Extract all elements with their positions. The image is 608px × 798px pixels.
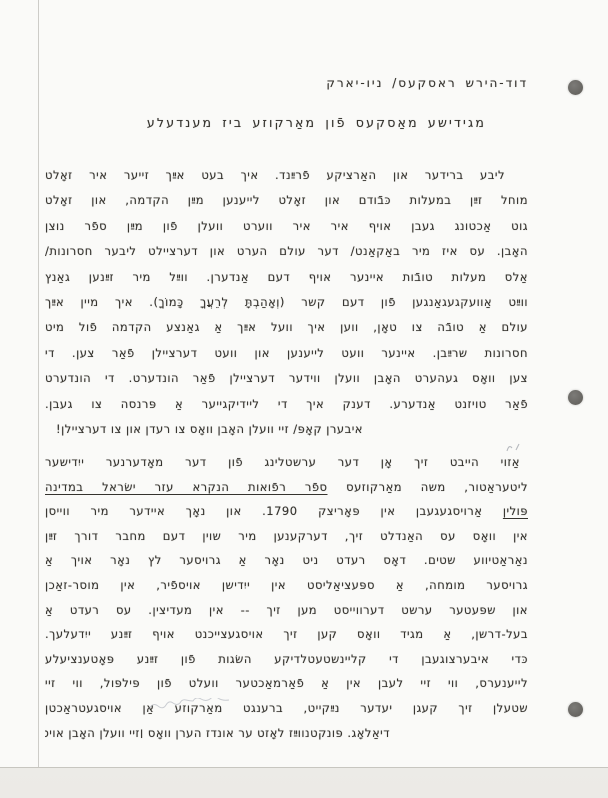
line-text: עולם אַ טובֿה צו טאָן, ווען איך וועל אײַ… (45, 320, 528, 334)
text-line: ליטעראַטור, משה מאַרקוזעס ספֿר רפֿואות ה… (45, 475, 528, 500)
line-text: לייענערס, ווי זיי לעבן אין אַ פֿאַרמאַכט… (45, 676, 528, 690)
line-text: אַלס מעלות טובֿות איינער אויף דעם אַנדער… (45, 270, 528, 284)
page-left-edge (38, 0, 39, 798)
text-line: פֿאַר טויזנט אַנדערע. דענק איך די ליידיק… (45, 392, 528, 417)
line-text: נאַראַטיווע שטים. דאָס רעדט ניט נאָר אַ … (45, 553, 528, 567)
text-line: האָבן. עס איז מיר באַקאַנט/ דער עולם הער… (45, 239, 528, 264)
line-text: דיאַלאָג. פּונקטנווײַז לאָזט ער אונדז הע… (45, 726, 390, 740)
line-text: פֿאַר טויזנט אַנדערע. דענק איך די ליידיק… (45, 397, 528, 411)
line-text: אין וואָס עס האַנדלט זיך, דערקענען מיר ש… (45, 529, 528, 543)
text-line: דיאַלאָג. פּונקטנווײַז לאָזט ער אונדז הע… (45, 721, 528, 746)
author-byline: דוד-הירש ראסקעס/ ניו-יארק (45, 76, 528, 90)
text-line: לייענערס, ווי זיי לעבן אין אַ פֿאַרמאַכט… (45, 671, 528, 696)
underlined-book-title: פּולין (503, 504, 528, 518)
text-line: שטעלן זיך קעגן יעדער נײַקייט, ברענגט מאַ… (45, 696, 528, 721)
text-line: ווײַט אַוועקגעגאַנגען פֿון דעם קשר (וְאָ… (45, 290, 528, 315)
text-line: און שפּעטער ערשט דערווייסט מען זיך -- אי… (45, 598, 528, 623)
text-line: אַזוי הייבט זיך אָן דער ערשטלינג פֿון דע… (45, 450, 528, 475)
text-line: כּדי איבערצוגעבן די קליינשטעטלדיקע השׂגו… (45, 647, 528, 672)
text-line: גוט אַכטונג געבן אויף איר איר ווערט וועל… (45, 214, 528, 239)
text-line: ליבע ברידער און האַרציקע פֿרײַנד. איך בע… (45, 163, 528, 188)
text-line: חסרונות שרײַבן. איינער וועט לייענען און … (45, 341, 528, 366)
text-line: איבערן קאָפּ/ זיי וועלן האָבן וואָס צו ר… (45, 417, 528, 442)
line-text: ליבע ברידער און האַרציקע פֿרײַנד. איך בע… (45, 168, 505, 182)
line-text: גרויסער מומחה, אַ ספּעציאַליסט אין ייִדי… (45, 578, 528, 592)
line-text: האָבן. עס איז מיר באַקאַנט/ דער עולם הער… (45, 244, 528, 258)
line-text: ליטעראַטור, משה מאַרקוזעס (328, 480, 529, 494)
scanned-typescript-page: דוד-הירש ראסקעס/ ניו-יארק מגידישע מאַסקע… (0, 0, 608, 798)
text-line: מוחל זײַן במעלות כּבֿודם און זאָלט לייענ… (45, 188, 528, 213)
line-text: צען וואָס געהערט האָבן וועלן ווידער דערצ… (45, 371, 528, 385)
line-text: אַרויסגעגעבן אין פּאָריצק 1790. און נאָך… (45, 504, 503, 518)
commentary-paragraph: אַזוי הייבט זיך אָן דער ערשטלינג פֿון דע… (45, 450, 528, 745)
line-text: אַזוי הייבט זיך אָן דער ערשטלינג פֿון דע… (45, 455, 520, 469)
line-text: חסרונות שרײַבן. איינער וועט לייענען און … (45, 346, 528, 360)
line-text: און שפּעטער ערשט דערווייסט מען זיך -- אי… (45, 603, 528, 617)
quoted-introduction-paragraph: ליבע ברידער און האַרציקע פֿרײַנד. איך בע… (45, 163, 528, 442)
text-line: גרויסער מומחה, אַ ספּעציאַליסט אין ייִדי… (45, 573, 528, 598)
document-title: מגידישע מאַסקעס פֿון מאַרקוזע ביז מענדעל… (105, 115, 528, 130)
line-text: איבערן קאָפּ/ זיי וועלן האָבן וואָס צו ר… (56, 422, 363, 436)
line-text: כּדי איבערצוגעבן די קליינשטעטלדיקע השׂגו… (45, 652, 528, 666)
text-line: אין וואָס עס האַנדלט זיך, דערקענען מיר ש… (45, 524, 528, 549)
line-text: שטעלן זיך קעגן יעדער נײַקייט, ברענגט מאַ… (45, 701, 528, 715)
underlined-book-title: ספֿר רפֿואות הנקרא עזר ישׂראל במדינה (45, 480, 328, 494)
text-line: עולם אַ טובֿה צו טאָן, ווען איך וועל אײַ… (45, 315, 528, 340)
scanner-background-strip (0, 767, 608, 798)
punch-hole-bottom (568, 702, 583, 717)
punch-hole-middle (568, 390, 583, 405)
line-text: ווײַט אַוועקגעגאַנגען פֿון דעם קשר (וְאָ… (45, 295, 528, 309)
text-line: פּולין אַרויסגעגעבן אין פּאָריצק 1790. א… (45, 499, 528, 524)
text-line: בעל-דרשן, אַ מגיד וואָס קען זיך אויסגעצי… (45, 622, 528, 647)
text-line: נאַראַטיווע שטים. דאָס רעדט ניט נאָר אַ … (45, 548, 528, 573)
line-text: גוט אַכטונג געבן אויף איר איר ווערט וועל… (45, 219, 528, 233)
text-line: צען וואָס געהערט האָבן וועלן ווידער דערצ… (45, 366, 528, 391)
line-text: מוחל זײַן במעלות כּבֿודם און זאָלט לייענ… (45, 193, 528, 207)
line-text: בעל-דרשן, אַ מגיד וואָס קען זיך אויסגעצי… (45, 627, 528, 641)
punch-hole-top (568, 80, 583, 95)
text-line: אַלס מעלות טובֿות איינער אויף דעם אַנדער… (45, 265, 528, 290)
